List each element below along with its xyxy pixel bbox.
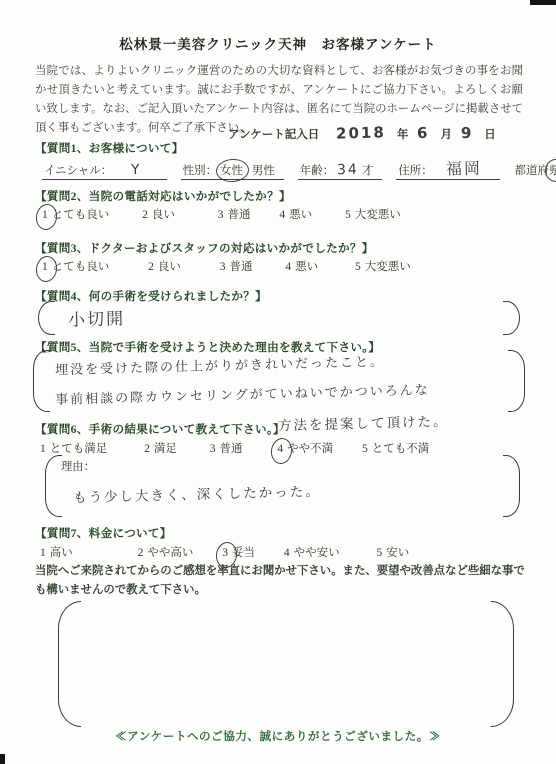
- q6-options: 1とても満足 2満足 3普通 4やや不満 5とても不満: [40, 440, 429, 456]
- month-unit: 月: [441, 129, 453, 141]
- option-num: 1: [40, 547, 46, 559]
- option-label: 悪い: [295, 261, 318, 273]
- address-value-handwritten: 福岡: [435, 155, 492, 179]
- option-label: 高い: [50, 547, 73, 559]
- q3-option-5: 5大変悪い: [355, 258, 411, 274]
- scan-artifact-bottom-left: [0, 754, 5, 764]
- age-unit: 才: [362, 165, 374, 177]
- address-field: 住所： 福岡: [396, 165, 500, 180]
- selected-circle: 1: [42, 209, 48, 221]
- gender-female-circled: 女性: [220, 162, 243, 178]
- option-num: 2: [138, 547, 144, 559]
- q6-reason-box: 理由： もう少し大きく、深くしたかった。: [45, 455, 520, 517]
- option-num: 5: [377, 547, 383, 559]
- q4-answer-handwritten: 小切開: [68, 304, 126, 330]
- right-paren: [491, 601, 514, 727]
- option-label: やや不満: [287, 443, 333, 455]
- q6-header: 【質問6、手術の結果について教えて下さい。】: [35, 421, 285, 437]
- option-num: 3: [210, 443, 216, 455]
- date-label: アンケート記入日: [228, 129, 319, 141]
- q5-answer-box: 埋没を受けた際の仕上がりがきれいだったこと。 事前相談の際カウンセリングがていね…: [33, 350, 525, 412]
- q3-header: 【質問3、ドクターおよびスタッフの対応はいかがでしたか？】: [35, 240, 374, 256]
- option-label: 普通: [230, 261, 253, 273]
- q6-option-1: 1とても満足: [40, 440, 107, 456]
- q2-options: 1とても良い 2良い 3普通 4悪い 5大変悪い: [42, 206, 401, 222]
- gender-field: 性別： 女性 男性: [181, 165, 284, 180]
- option-num: 2: [142, 209, 148, 221]
- option-num: 4: [284, 547, 290, 559]
- right-paren: [503, 455, 520, 517]
- scan-artifact-top-right: [530, 0, 556, 5]
- q7-option-3: 3妥当: [222, 544, 255, 560]
- q6-option-3: 3普通: [210, 440, 243, 456]
- date-month-handwritten: 6: [417, 124, 430, 142]
- option-label: とても良い: [52, 209, 110, 221]
- date-day-handwritten: 9: [461, 124, 474, 142]
- option-num: 5: [355, 261, 361, 273]
- day-unit: 日: [484, 129, 496, 141]
- option-label: とても良い: [52, 261, 110, 273]
- q6-reason-handwritten: もう少し大きく、深くしたかった。: [73, 480, 321, 506]
- left-paren: [45, 455, 62, 517]
- q6-option-4: 4やや不満: [277, 440, 333, 456]
- option-num: 4: [279, 209, 285, 221]
- q6-reason-label: 理由：: [61, 458, 95, 474]
- option-num: 2: [144, 443, 150, 455]
- gender-male: 男性: [252, 165, 275, 177]
- q2-header: 【質問2、当院の電話対応はいかがでしたか？】: [35, 188, 291, 204]
- right-paren: [508, 350, 525, 412]
- selected-circle: 4: [277, 443, 283, 455]
- q6-option-5: 5とても不満: [362, 440, 429, 456]
- comment-box: [58, 601, 514, 727]
- scanned-survey-page: { "colors": { "print_green": "#29482b", …: [0, 0, 556, 764]
- q5-answer-line1-handwritten: 埋没を受けた際の仕上がりがきれいだったこと。: [55, 351, 385, 379]
- q3-options: 1とても良い 2良い 3普通 4悪い 5大変悪い: [42, 258, 411, 274]
- option-num: 5: [345, 209, 351, 221]
- q7-options: 1高い 2やや高い 3妥当 4やや安い 5安い: [40, 544, 409, 560]
- initial-value-handwritten: Y: [115, 161, 158, 178]
- address-unit-circled: 県: [549, 162, 556, 178]
- option-label: 良い: [158, 261, 181, 273]
- option-label: 普通: [228, 209, 251, 221]
- q2-option-5: 5大変悪い: [345, 206, 401, 222]
- option-label: 満足: [154, 443, 177, 455]
- selected-circle: 3: [222, 547, 228, 559]
- option-label: 安い: [386, 547, 409, 559]
- q5-answer-line3-handwritten: 方法を提案して頂けた。: [278, 410, 449, 434]
- option-num: 1: [40, 443, 46, 455]
- q7-option-2: 2やや高い: [138, 544, 194, 560]
- option-num: 3: [218, 209, 224, 221]
- option-num: 3: [220, 261, 226, 273]
- q2-option-2: 2良い: [142, 206, 175, 222]
- address-label: 住所：: [398, 165, 433, 177]
- option-num: 5: [362, 443, 368, 455]
- q1-fields: イニシャル： Y 性別： 女性 男性 年齢： 34 才 住所： 福岡 都道府県: [42, 156, 556, 179]
- q3-option-1: 1とても良い: [42, 258, 109, 274]
- date-row: アンケート記入日 2018 年 6 月 9 日: [228, 124, 502, 142]
- age-label: 年齢：: [300, 165, 335, 177]
- address-unit-prefix: 都道府: [514, 165, 549, 177]
- initial-label: イニシャル：: [44, 165, 112, 177]
- thanks-message: ≪アンケートへのご協力、誠にありがとうございました。≫: [0, 728, 556, 744]
- q4-answer-box: 小切開: [38, 301, 520, 335]
- q2-option-4: 4悪い: [279, 206, 312, 222]
- address-unit: 都道府県: [514, 165, 556, 177]
- left-paren: [33, 350, 50, 412]
- gender-label: 性別：: [183, 165, 218, 177]
- date-year-handwritten: 2018: [336, 123, 386, 142]
- option-num: 4: [285, 261, 291, 273]
- q3-option-3: 3普通: [220, 258, 253, 274]
- q3-option-2: 2良い: [148, 258, 181, 274]
- right-paren: [503, 301, 520, 335]
- left-paren: [38, 301, 55, 335]
- age-value-handwritten: 34: [337, 162, 359, 179]
- option-label: 大変悪い: [355, 209, 401, 221]
- option-label: とても満足: [50, 443, 108, 455]
- option-num: 2: [148, 261, 154, 273]
- option-label: やや安い: [294, 547, 340, 559]
- left-paren: [58, 601, 81, 727]
- initial-field: イニシャル： Y: [42, 165, 167, 180]
- q1-header: 【質問1、お客様について】: [35, 140, 184, 156]
- age-field: 年齢： 34 才: [298, 165, 382, 180]
- selected-circle: 1: [42, 261, 48, 273]
- form-title: 松林景一美容クリニック天神 お客様アンケート: [0, 33, 556, 53]
- option-label: 普通: [220, 443, 243, 455]
- q3-option-4: 4悪い: [285, 258, 318, 274]
- year-unit: 年: [397, 129, 409, 141]
- option-label: 悪い: [289, 209, 312, 221]
- comment-prompt: 当院へご来院されてからのご感想を率直にお聞かせ下さい。また、要望や改善点など些細…: [35, 562, 527, 600]
- option-label: 大変悪い: [365, 261, 411, 273]
- q6-option-2: 2満足: [144, 440, 177, 456]
- q2-option-1: 1とても良い: [42, 206, 109, 222]
- q2-option-3: 3普通: [218, 206, 251, 222]
- q5-answer-line2-handwritten: 事前相談の際カウンセリングがていねいでかついろんな: [55, 379, 430, 408]
- q7-option-5: 5安い: [377, 544, 410, 560]
- q7-option-4: 4やや安い: [284, 544, 340, 560]
- q7-option-1: 1高い: [40, 544, 73, 560]
- option-label: 良い: [152, 209, 175, 221]
- option-label: やや高い: [147, 547, 193, 559]
- option-label: とても不満: [372, 443, 430, 455]
- q7-header: 【質問7、料金について】: [35, 525, 172, 541]
